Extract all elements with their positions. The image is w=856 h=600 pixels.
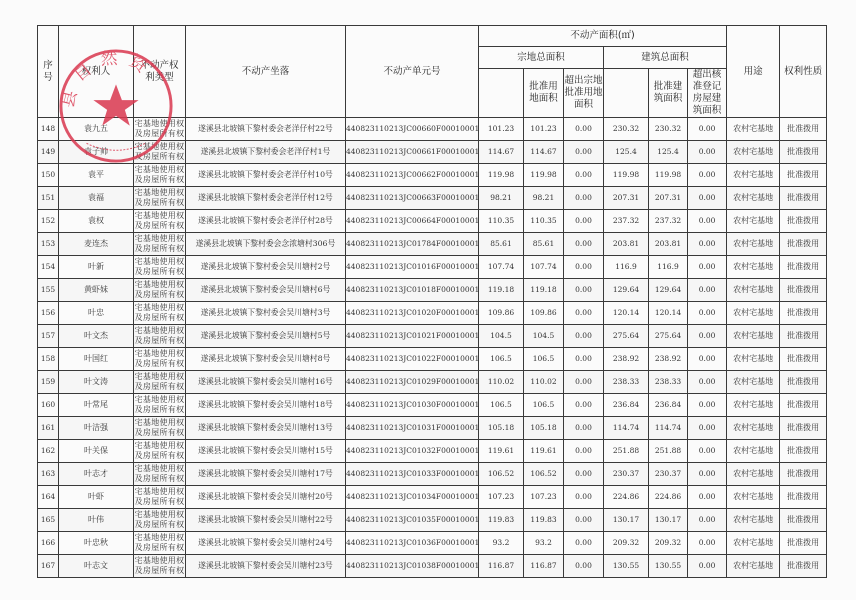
row-holder: 叶国红 [59,348,134,371]
header-land-approved: 批准用地面积 [524,69,564,118]
row-land-excess: 0.00 [564,210,604,233]
table-row: 157叶文杰宅基地使用权及房屋所有权遂溪县北坡镇下黎村委会吴川塘村5号44082… [38,325,827,348]
row-building-excess: 0.00 [688,463,727,486]
row-land-total: 119.98 [479,164,524,187]
row-building-excess: 0.00 [688,164,727,187]
row-land-total: 106.5 [479,348,524,371]
row-location: 遂溪县北坡镇下黎村委会吴川塘村15号 [186,440,346,463]
table-row: 155黄虾妹宅基地使用权及房屋所有权遂溪县北坡镇下黎村委会吴川塘村6号44082… [38,279,827,302]
row-location: 遂溪县北坡镇下黎村委会老洋仔村28号 [186,210,346,233]
table-row: 152袁权宅基地使用权及房屋所有权遂溪县北坡镇下黎村委会老洋仔村28号44082… [38,210,827,233]
row-seq: 158 [38,348,59,371]
row-land-excess: 0.00 [564,509,604,532]
row-building-total: 116.9 [604,256,649,279]
row-holder: 叶洁强 [59,417,134,440]
header-building-excess: 超出核准登记房屋建筑面积 [688,69,727,118]
row-land-approved: 101.23 [524,118,564,141]
row-building-total: 209.32 [604,532,649,555]
row-nature: 批准拨用 [780,279,827,302]
row-building-approved: 125.4 [649,141,688,164]
row-nature: 批准拨用 [780,394,827,417]
row-land-approved: 106.5 [524,348,564,371]
row-building-approved: 120.14 [649,302,688,325]
row-land-approved: 114.67 [524,141,564,164]
row-use: 农村宅基地 [727,371,780,394]
row-land-total: 116.87 [479,555,524,578]
row-right-type: 宅基地使用权及房屋所有权 [134,440,186,463]
row-nature: 批准拨用 [780,555,827,578]
row-unit-no: 440823110213JC01035F00010001 [346,509,479,532]
row-land-approved: 109.86 [524,302,564,325]
row-land-excess: 0.00 [564,555,604,578]
row-building-approved: 207.31 [649,187,688,210]
row-unit-no: 440823110213JC01031F00010001 [346,417,479,440]
row-use: 农村宅基地 [727,555,780,578]
header-nature: 权利性质 [780,26,827,118]
row-building-total: 130.55 [604,555,649,578]
row-building-approved: 116.9 [649,256,688,279]
row-use: 农村宅基地 [727,440,780,463]
row-nature: 批准拨用 [780,210,827,233]
header-building-total [604,69,649,118]
row-land-excess: 0.00 [564,164,604,187]
row-location: 遂溪县北坡镇下黎村委会吴川塘村8号 [186,348,346,371]
row-seq: 166 [38,532,59,555]
row-unit-no: 440823110213JC00663F00010001 [346,187,479,210]
row-unit-no: 440823110213JC01030F00010001 [346,394,479,417]
row-holder: 叶志才 [59,463,134,486]
row-land-approved: 93.2 [524,532,564,555]
row-building-excess: 0.00 [688,256,727,279]
row-building-approved: 230.32 [649,118,688,141]
row-building-approved: 237.32 [649,210,688,233]
row-land-excess: 0.00 [564,187,604,210]
table-row: 151袁福宅基地使用权及房屋所有权遂溪县北坡镇下黎村委会老洋仔村12号44082… [38,187,827,210]
row-seq: 157 [38,325,59,348]
row-holder: 叶文杰 [59,325,134,348]
row-unit-no: 440823110213JC01029F00010001 [346,371,479,394]
row-building-excess: 0.00 [688,417,727,440]
row-use: 农村宅基地 [727,325,780,348]
row-seq: 156 [38,302,59,325]
row-unit-no: 440823110213JC01784F00010001 [346,233,479,256]
row-holder: 袁权 [59,210,134,233]
header-building-total-group: 建筑总面积 [604,47,727,69]
row-use: 农村宅基地 [727,233,780,256]
row-building-total: 238.33 [604,371,649,394]
row-building-excess: 0.00 [688,118,727,141]
row-right-type: 宅基地使用权及房屋所有权 [134,256,186,279]
row-right-type: 宅基地使用权及房屋所有权 [134,486,186,509]
table-row: 153麦连杰宅基地使用权及房屋所有权遂溪县北坡镇下黎村委会念浓塘村306号440… [38,233,827,256]
row-building-excess: 0.00 [688,210,727,233]
row-nature: 批准拨用 [780,118,827,141]
row-use: 农村宅基地 [727,187,780,210]
row-right-type: 宅基地使用权及房屋所有权 [134,302,186,325]
row-nature: 批准拨用 [780,440,827,463]
row-use: 农村宅基地 [727,279,780,302]
row-location: 遂溪县北坡镇下黎村委会吴川塘村20号 [186,486,346,509]
header-use: 用途 [727,26,780,118]
table-row: 166叶忠秋宅基地使用权及房屋所有权遂溪县北坡镇下黎村委会吴川塘村24号4408… [38,532,827,555]
header-right-type: 不动产权利类型 [134,26,186,118]
row-land-excess: 0.00 [564,371,604,394]
row-land-approved: 98.21 [524,187,564,210]
row-right-type: 宅基地使用权及房屋所有权 [134,141,186,164]
row-holder: 叶关保 [59,440,134,463]
row-location: 遂溪县北坡镇下黎村委会吴川塘村16号 [186,371,346,394]
row-land-total: 105.18 [479,417,524,440]
row-unit-no: 440823110213JC01016F00010001 [346,256,479,279]
row-seq: 160 [38,394,59,417]
row-building-excess: 0.00 [688,279,727,302]
registry-sheet: 序号 权利人 不动产权利类型 不动产坐落 不动产单元号 不动产面积(㎡) 用途 … [37,25,827,578]
row-nature: 批准拨用 [780,371,827,394]
row-land-approved: 119.18 [524,279,564,302]
row-land-total: 93.2 [479,532,524,555]
row-land-total: 110.02 [479,371,524,394]
row-holder: 叶新 [59,256,134,279]
table-row: 164叶虾宅基地使用权及房屋所有权遂溪县北坡镇下黎村委会吴川塘村20号44082… [38,486,827,509]
row-use: 农村宅基地 [727,210,780,233]
row-land-excess: 0.00 [564,118,604,141]
header-building-approved: 批准建筑面积 [649,69,688,118]
row-unit-no: 440823110213JC00662F00010001 [346,164,479,187]
row-use: 农村宅基地 [727,463,780,486]
row-land-total: 119.61 [479,440,524,463]
row-land-approved: 119.61 [524,440,564,463]
row-location: 遂溪县北坡镇下黎村委会吴川塘村23号 [186,555,346,578]
row-land-total: 98.21 [479,187,524,210]
row-land-approved: 110.35 [524,210,564,233]
row-seq: 152 [38,210,59,233]
row-right-type: 宅基地使用权及房屋所有权 [134,463,186,486]
row-holder: 麦连杰 [59,233,134,256]
row-land-excess: 0.00 [564,302,604,325]
row-location: 遂溪县北坡镇下黎村委会吴川塘村5号 [186,325,346,348]
row-building-approved: 238.33 [649,371,688,394]
row-building-approved: 236.84 [649,394,688,417]
row-seq: 163 [38,463,59,486]
row-seq: 165 [38,509,59,532]
row-right-type: 宅基地使用权及房屋所有权 [134,394,186,417]
row-unit-no: 440823110213JC01033F00010001 [346,463,479,486]
row-use: 农村宅基地 [727,509,780,532]
row-building-total: 129.64 [604,279,649,302]
row-land-total: 119.18 [479,279,524,302]
row-land-approved: 119.83 [524,509,564,532]
row-building-total: 120.14 [604,302,649,325]
table-row: 165叶伟宅基地使用权及房屋所有权遂溪县北坡镇下黎村委会吴川塘村22号44082… [38,509,827,532]
row-seq: 155 [38,279,59,302]
row-land-total: 106.5 [479,394,524,417]
row-unit-no: 440823110213JC01032F00010001 [346,440,479,463]
row-land-approved: 106.5 [524,394,564,417]
table-row: 148袁九五宅基地使用权及房屋所有权遂溪县北坡镇下黎村委会老洋仔村22号4408… [38,118,827,141]
row-nature: 批准拨用 [780,233,827,256]
row-building-excess: 0.00 [688,233,727,256]
row-unit-no: 440823110213JC01034F00010001 [346,486,479,509]
row-right-type: 宅基地使用权及房屋所有权 [134,371,186,394]
row-land-approved: 107.74 [524,256,564,279]
row-unit-no: 440823110213JC01018F00010001 [346,279,479,302]
row-holder: 叶忠秋 [59,532,134,555]
row-nature: 批准拨用 [780,187,827,210]
row-land-excess: 0.00 [564,256,604,279]
row-building-approved: 238.92 [649,348,688,371]
row-nature: 批准拨用 [780,486,827,509]
row-holder: 袁九五 [59,118,134,141]
table-row: 158叶国红宅基地使用权及房屋所有权遂溪县北坡镇下黎村委会吴川塘村8号44082… [38,348,827,371]
header-land-excess: 超出宗地批准用地面积 [564,69,604,118]
row-location: 遂溪县北坡镇下黎村委会老洋仔村12号 [186,187,346,210]
row-nature: 批准拨用 [780,463,827,486]
header-area-group: 不动产面积(㎡) [479,26,727,47]
row-building-approved: 203.81 [649,233,688,256]
row-building-total: 230.37 [604,463,649,486]
header-location: 不动产坐落 [186,26,346,118]
row-holder: 叶志文 [59,555,134,578]
row-building-total: 130.17 [604,509,649,532]
row-holder: 袁子帅 [59,141,134,164]
table-header: 序号 权利人 不动产权利类型 不动产坐落 不动产单元号 不动产面积(㎡) 用途 … [38,26,827,118]
row-unit-no: 440823110213JC00661F00010001 [346,141,479,164]
row-building-excess: 0.00 [688,509,727,532]
row-building-total: 237.32 [604,210,649,233]
row-land-total: 107.74 [479,256,524,279]
row-right-type: 宅基地使用权及房屋所有权 [134,118,186,141]
header-seq: 序号 [38,26,59,118]
row-holder: 袁福 [59,187,134,210]
row-right-type: 宅基地使用权及房屋所有权 [134,417,186,440]
row-right-type: 宅基地使用权及房屋所有权 [134,164,186,187]
row-nature: 批准拨用 [780,325,827,348]
row-unit-no: 440823110213JC01020F00010001 [346,302,479,325]
row-right-type: 宅基地使用权及房屋所有权 [134,555,186,578]
row-nature: 批准拨用 [780,532,827,555]
row-building-total: 207.31 [604,187,649,210]
row-seq: 151 [38,187,59,210]
row-land-excess: 0.00 [564,486,604,509]
row-building-excess: 0.00 [688,302,727,325]
row-seq: 164 [38,486,59,509]
row-land-excess: 0.00 [564,394,604,417]
row-use: 农村宅基地 [727,486,780,509]
row-building-total: 119.98 [604,164,649,187]
row-land-excess: 0.00 [564,141,604,164]
row-use: 农村宅基地 [727,302,780,325]
row-use: 农村宅基地 [727,394,780,417]
row-building-excess: 0.00 [688,555,727,578]
row-building-total: 114.74 [604,417,649,440]
row-building-excess: 0.00 [688,532,727,555]
row-land-total: 109.86 [479,302,524,325]
row-building-excess: 0.00 [688,371,727,394]
row-land-total: 101.23 [479,118,524,141]
row-seq: 149 [38,141,59,164]
row-use: 农村宅基地 [727,164,780,187]
row-right-type: 宅基地使用权及房屋所有权 [134,348,186,371]
row-use: 农村宅基地 [727,417,780,440]
row-land-approved: 119.98 [524,164,564,187]
row-land-total: 106.52 [479,463,524,486]
row-holder: 叶伟 [59,509,134,532]
row-unit-no: 440823110213JC00660F00010001 [346,118,479,141]
row-building-total: 125.4 [604,141,649,164]
row-holder: 叶常尾 [59,394,134,417]
row-nature: 批准拨用 [780,256,827,279]
row-land-approved: 116.87 [524,555,564,578]
row-nature: 批准拨用 [780,141,827,164]
row-right-type: 宅基地使用权及房屋所有权 [134,187,186,210]
row-right-type: 宅基地使用权及房屋所有权 [134,279,186,302]
row-seq: 161 [38,417,59,440]
row-building-approved: 209.32 [649,532,688,555]
row-unit-no: 440823110213JC01021F00010001 [346,325,479,348]
row-seq: 167 [38,555,59,578]
table-row: 159叶文涛宅基地使用权及房屋所有权遂溪县北坡镇下黎村委会吴川塘村16号4408… [38,371,827,394]
row-building-excess: 0.00 [688,348,727,371]
row-seq: 153 [38,233,59,256]
row-location: 遂溪县北坡镇下黎村委会老洋仔村1号 [186,141,346,164]
table-row: 161叶洁强宅基地使用权及房屋所有权遂溪县北坡镇下黎村委会吴川塘村13号4408… [38,417,827,440]
row-location: 遂溪县北坡镇下黎村委会吴川塘村2号 [186,256,346,279]
row-building-excess: 0.00 [688,187,727,210]
row-location: 遂溪县北坡镇下黎村委会吴川塘村22号 [186,509,346,532]
row-building-total: 251.88 [604,440,649,463]
table-row: 167叶志文宅基地使用权及房屋所有权遂溪县北坡镇下黎村委会吴川塘村23号4408… [38,555,827,578]
row-location: 遂溪县北坡镇下黎村委会吴川塘村3号 [186,302,346,325]
header-land-total [479,69,524,118]
row-land-approved: 85.61 [524,233,564,256]
row-location: 遂溪县北坡镇下黎村委会吴川塘村13号 [186,417,346,440]
row-building-total: 224.86 [604,486,649,509]
row-land-excess: 0.00 [564,463,604,486]
header-holder: 权利人 [59,26,134,118]
row-unit-no: 440823110213JC01038F00010001 [346,555,479,578]
row-land-total: 104.5 [479,325,524,348]
row-right-type: 宅基地使用权及房屋所有权 [134,210,186,233]
row-right-type: 宅基地使用权及房屋所有权 [134,325,186,348]
row-building-excess: 0.00 [688,394,727,417]
table-row: 149袁子帅宅基地使用权及房屋所有权遂溪县北坡镇下黎村委会老洋仔村1号44082… [38,141,827,164]
row-holder: 黄虾妹 [59,279,134,302]
row-building-excess: 0.00 [688,440,727,463]
row-building-approved: 275.64 [649,325,688,348]
row-land-approved: 107.23 [524,486,564,509]
row-unit-no: 440823110213JC01022F00010001 [346,348,479,371]
row-land-excess: 0.00 [564,279,604,302]
row-building-total: 275.64 [604,325,649,348]
row-land-total: 85.61 [479,233,524,256]
row-building-approved: 129.64 [649,279,688,302]
row-seq: 162 [38,440,59,463]
table-row: 162叶关保宅基地使用权及房屋所有权遂溪县北坡镇下黎村委会吴川塘村15号4408… [38,440,827,463]
row-location: 遂溪县北坡镇下黎村委会念浓塘村306号 [186,233,346,256]
row-land-total: 107.23 [479,486,524,509]
header-land-total-group: 宗地总面积 [479,47,604,69]
table-row: 154叶新宅基地使用权及房屋所有权遂溪县北坡镇下黎村委会吴川塘村2号440823… [38,256,827,279]
row-use: 农村宅基地 [727,141,780,164]
row-use: 农村宅基地 [727,118,780,141]
row-right-type: 宅基地使用权及房屋所有权 [134,233,186,256]
row-building-excess: 0.00 [688,325,727,348]
row-building-approved: 251.88 [649,440,688,463]
row-land-total: 110.35 [479,210,524,233]
row-land-approved: 106.52 [524,463,564,486]
row-land-approved: 104.5 [524,325,564,348]
row-seq: 154 [38,256,59,279]
row-land-total: 119.83 [479,509,524,532]
row-holder: 叶虾 [59,486,134,509]
row-location: 遂溪县北坡镇下黎村委会老洋仔村10号 [186,164,346,187]
row-building-approved: 130.17 [649,509,688,532]
table-row: 163叶志才宅基地使用权及房屋所有权遂溪县北坡镇下黎村委会吴川塘村17号4408… [38,463,827,486]
row-building-excess: 0.00 [688,486,727,509]
row-nature: 批准拨用 [780,164,827,187]
row-location: 遂溪县北坡镇下黎村委会吴川塘村6号 [186,279,346,302]
row-location: 遂溪县北坡镇下黎村委会老洋仔村22号 [186,118,346,141]
row-seq: 148 [38,118,59,141]
row-use: 农村宅基地 [727,532,780,555]
row-unit-no: 440823110213JC00664F00010001 [346,210,479,233]
row-land-excess: 0.00 [564,325,604,348]
row-holder: 叶文涛 [59,371,134,394]
row-land-total: 114.67 [479,141,524,164]
row-use: 农村宅基地 [727,256,780,279]
row-land-excess: 0.00 [564,348,604,371]
row-building-approved: 224.86 [649,486,688,509]
row-location: 遂溪县北坡镇下黎村委会吴川塘村24号 [186,532,346,555]
row-right-type: 宅基地使用权及房屋所有权 [134,532,186,555]
table-row: 156叶忠宅基地使用权及房屋所有权遂溪县北坡镇下黎村委会吴川塘村3号440823… [38,302,827,325]
row-building-approved: 130.55 [649,555,688,578]
header-unit-no: 不动产单元号 [346,26,479,118]
row-location: 遂溪县北坡镇下黎村委会吴川塘村17号 [186,463,346,486]
row-building-approved: 230.37 [649,463,688,486]
row-unit-no: 440823110213JC01036F00010001 [346,532,479,555]
row-building-total: 203.81 [604,233,649,256]
row-holder: 叶忠 [59,302,134,325]
row-land-excess: 0.00 [564,532,604,555]
table-body: 148袁九五宅基地使用权及房屋所有权遂溪县北坡镇下黎村委会老洋仔村22号4408… [38,118,827,578]
row-nature: 批准拨用 [780,509,827,532]
row-building-excess: 0.00 [688,141,727,164]
row-building-approved: 114.74 [649,417,688,440]
table-row: 160叶常尾宅基地使用权及房屋所有权遂溪县北坡镇下黎村委会吴川塘村18号4408… [38,394,827,417]
row-seq: 159 [38,371,59,394]
row-land-excess: 0.00 [564,417,604,440]
registry-table: 序号 权利人 不动产权利类型 不动产坐落 不动产单元号 不动产面积(㎡) 用途 … [37,25,827,578]
row-use: 农村宅基地 [727,348,780,371]
row-building-total: 230.32 [604,118,649,141]
row-land-excess: 0.00 [564,440,604,463]
table-row: 150袁平宅基地使用权及房屋所有权遂溪县北坡镇下黎村委会老洋仔村10号44082… [38,164,827,187]
row-land-excess: 0.00 [564,233,604,256]
row-seq: 150 [38,164,59,187]
row-land-approved: 105.18 [524,417,564,440]
row-nature: 批准拨用 [780,417,827,440]
row-land-approved: 110.02 [524,371,564,394]
row-nature: 批准拨用 [780,302,827,325]
row-holder: 袁平 [59,164,134,187]
row-nature: 批准拨用 [780,348,827,371]
row-building-total: 236.84 [604,394,649,417]
row-right-type: 宅基地使用权及房屋所有权 [134,509,186,532]
row-building-total: 238.92 [604,348,649,371]
row-building-approved: 119.98 [649,164,688,187]
row-location: 遂溪县北坡镇下黎村委会吴川塘村18号 [186,394,346,417]
